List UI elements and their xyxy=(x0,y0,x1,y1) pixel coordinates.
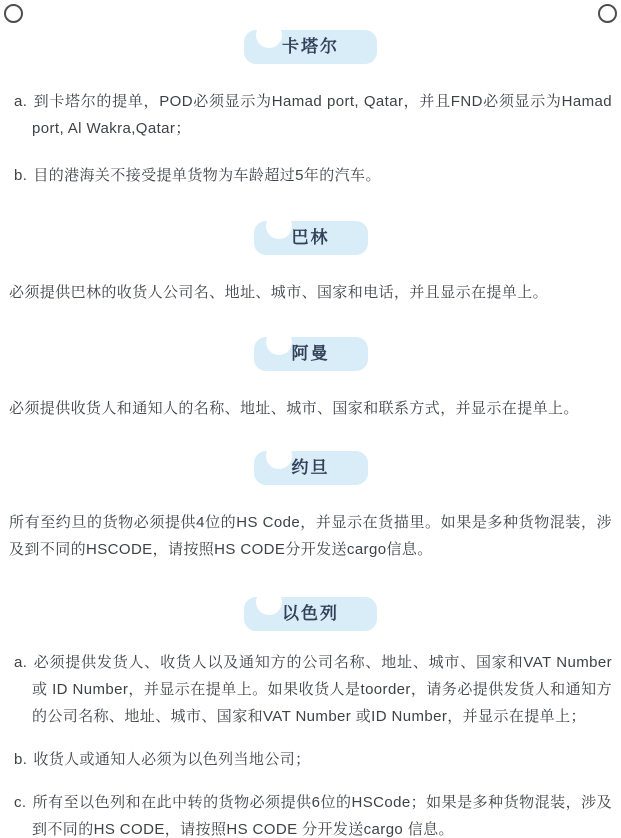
country-title: 阿曼 xyxy=(292,344,330,363)
section-jordan: 约旦 所有至约旦的货物必须提供4位的HS Code，并显示在货描里。如果是多种货… xyxy=(9,451,612,563)
rule-item: b.目的港海关不接受提单货物为车龄超过5年的汽车。 xyxy=(14,162,612,189)
country-title: 以色列 xyxy=(282,604,339,623)
rule-item: 必须提供收货人和通知人的名称、地址、城市、国家和联系方式，并显示在提单上。 xyxy=(9,395,612,422)
country-title: 巴林 xyxy=(292,228,330,247)
rule-item: a.必须提供发货人、收货人以及通知方的公司名称、地址、城市、国家和VAT Num… xyxy=(14,649,612,730)
item-text: 收货人或通知人必须为以色列当地公司； xyxy=(33,751,310,768)
item-marker: c. xyxy=(14,794,26,811)
section-heading-row: 以色列 xyxy=(9,597,612,631)
country-title: 约旦 xyxy=(292,458,330,477)
article-body: 卡塔尔 a.到卡塔尔的提单，POD必须显示为Hamad port, Qatar，… xyxy=(0,30,621,838)
item-marker: b. xyxy=(14,167,27,184)
rule-item: a.到卡塔尔的提单，POD必须显示为Hamad port, Qatar，并且FN… xyxy=(14,88,612,142)
rule-item: 所有至约旦的货物必须提供4位的HS Code，并显示在货描里。如果是多种货物混装… xyxy=(9,509,612,563)
rule-item: b.收货人或通知人必须为以色列当地公司； xyxy=(14,746,612,773)
section-heading-row: 巴林 xyxy=(9,221,612,255)
country-badge: 约旦 xyxy=(254,451,368,485)
item-text: 必须提供发货人、收货人以及通知方的公司名称、地址、城市、国家和VAT Numbe… xyxy=(32,654,612,725)
item-marker: a. xyxy=(14,654,27,671)
item-text: 所有至约旦的货物必须提供4位的HS Code，并显示在货描里。如果是多种货物混装… xyxy=(9,514,612,558)
section-heading-row: 阿曼 xyxy=(9,337,612,371)
item-text: 所有至以色列和在此中转的货物必须提供6位的HSCode；如果是多种货物混装，涉及… xyxy=(32,794,612,838)
rule-item: 必须提供巴林的收货人公司名、地址、城市、国家和电话，并且显示在提单上。 xyxy=(9,279,612,306)
section-oman: 阿曼 必须提供收货人和通知人的名称、地址、城市、国家和联系方式，并显示在提单上。 xyxy=(9,337,612,422)
badge-notch-circle-icon xyxy=(266,443,292,469)
section-bahrain: 巴林 必须提供巴林的收货人公司名、地址、城市、国家和电话，并且显示在提单上。 xyxy=(9,221,612,306)
badge-notch-circle-icon xyxy=(266,329,292,355)
rule-item: c.所有至以色列和在此中转的货物必须提供6位的HSCode；如果是多种货物混装，… xyxy=(14,789,612,838)
top-right-ring-icon xyxy=(598,4,617,23)
section-heading-row: 卡塔尔 xyxy=(9,30,612,64)
badge-notch-circle-icon xyxy=(256,22,282,48)
item-text: 必须提供收货人和通知人的名称、地址、城市、国家和联系方式，并显示在提单上。 xyxy=(9,400,579,417)
badge-notch-circle-icon xyxy=(256,589,282,615)
item-marker: b. xyxy=(14,751,27,768)
badge-notch-circle-icon xyxy=(266,213,292,239)
country-badge: 卡塔尔 xyxy=(244,30,377,64)
section-qatar: 卡塔尔 a.到卡塔尔的提单，POD必须显示为Hamad port, Qatar，… xyxy=(9,30,612,189)
item-text: 目的港海关不接受提单货物为车龄超过5年的汽车。 xyxy=(33,167,381,184)
section-israel: 以色列 a.必须提供发货人、收货人以及通知方的公司名称、地址、城市、国家和VAT… xyxy=(9,597,612,838)
country-badge: 以色列 xyxy=(244,597,377,631)
country-badge: 阿曼 xyxy=(254,337,368,371)
top-left-ring-icon xyxy=(4,4,23,23)
country-badge: 巴林 xyxy=(254,221,368,255)
item-text: 必须提供巴林的收货人公司名、地址、城市、国家和电话，并且显示在提单上。 xyxy=(9,284,548,301)
item-marker: a. xyxy=(14,93,27,110)
item-text: 到卡塔尔的提单，POD必须显示为Hamad port, Qatar，并且FND必… xyxy=(32,93,612,137)
country-title: 卡塔尔 xyxy=(282,37,339,56)
section-heading-row: 约旦 xyxy=(9,451,612,485)
